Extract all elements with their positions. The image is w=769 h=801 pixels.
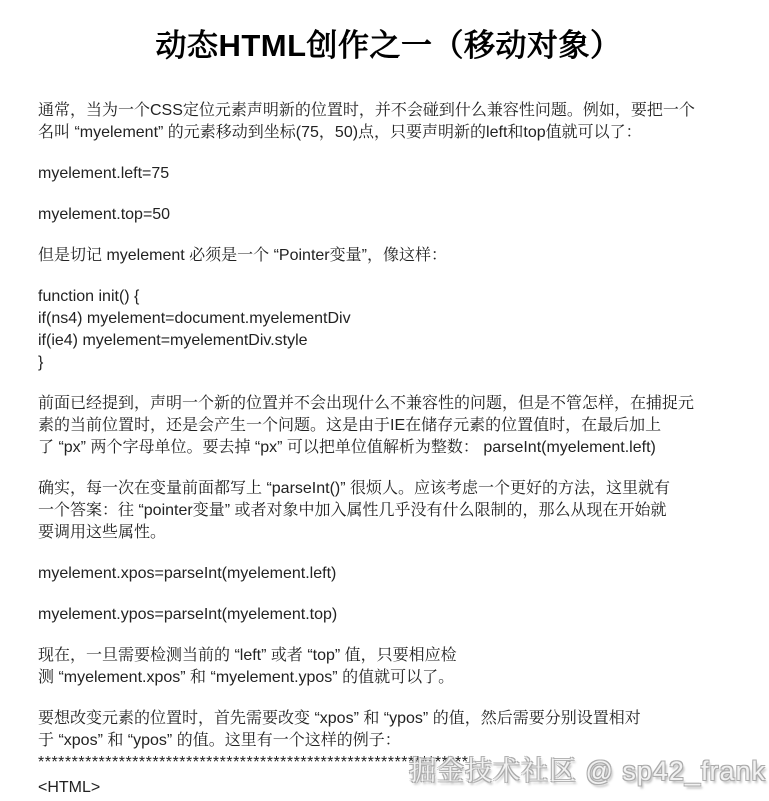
- px-issue-paragraph: 前面已经提到，声明一个新的位置并不会出现什么不兼容性的问题，但是不管怎样，在捕捉…: [38, 393, 739, 459]
- pointer-note-paragraph: 但是切记 myelement 必须是一个 “Pointer变量”，像这样：: [38, 245, 739, 267]
- code-line: }: [38, 352, 739, 374]
- text-line: 素的当前位置时，还是会产生一个问题。这是由于IE在储存元素的位置值时，在最后加上: [38, 415, 739, 437]
- article-page: 动态HTML创作之一（移动对象） 通常，当为一个CSS定位元素声明新的位置时，并…: [0, 0, 769, 801]
- article-body: 动态HTML创作之一（移动对象） 通常，当为一个CSS定位元素声明新的位置时，并…: [0, 24, 769, 799]
- code-myelement-top: myelement.top=50: [38, 204, 739, 226]
- init-function-code-block: function init() { if(ns4) myelement=docu…: [38, 286, 739, 374]
- text-line: 测 “myelement.xpos” 和 “myelement.ypos” 的值…: [38, 667, 739, 689]
- text-line: 了 “px” 两个字母单位。要去掉 “px” 可以把单位值解析为整数： pars…: [38, 437, 739, 459]
- text-line: 要调用这些属性。: [38, 522, 739, 544]
- code-line: <HTML>: [38, 777, 739, 799]
- code-line: myelement.ypos=parseInt(myelement.top): [38, 604, 739, 626]
- detect-values-paragraph: 现在，一旦需要检测当前的 “left” 或者 “top” 值，只要相应检 测 “…: [38, 645, 739, 689]
- code-line: if(ns4) myelement=document.myelementDiv: [38, 308, 739, 330]
- text-line: 名叫 “myelement” 的元素移动到坐标(75，50)点，只要声明新的le…: [38, 122, 739, 144]
- parseint-solution-paragraph: 确实，每一次在变量前面都写上 “parseInt()” 很烦人。应该考虑一个更好…: [38, 478, 739, 544]
- text-line: 要想改变元素的位置时，首先需要改变 “xpos” 和 “ypos” 的值，然后需…: [38, 708, 739, 730]
- text-line: 现在，一旦需要检测当前的 “left” 或者 “top” 值，只要相应检: [38, 645, 739, 667]
- text-line: 但是切记 myelement 必须是一个 “Pointer变量”，像这样：: [38, 245, 739, 267]
- code-line: function init() {: [38, 286, 739, 308]
- text-line: 前面已经提到，声明一个新的位置并不会出现什么不兼容性的问题，但是不管怎样，在捕捉…: [38, 393, 739, 415]
- intro-paragraph: 通常，当为一个CSS定位元素声明新的位置时，并不会碰到什么兼容性问题。例如，要把…: [38, 100, 739, 144]
- code-ypos: myelement.ypos=parseInt(myelement.top): [38, 604, 739, 626]
- code-line: myelement.top=50: [38, 204, 739, 226]
- text-line: 通常，当为一个CSS定位元素声明新的位置时，并不会碰到什么兼容性问题。例如，要把…: [38, 100, 739, 122]
- code-myelement-left: myelement.left=75: [38, 163, 739, 185]
- code-line: if(ie4) myelement=myelementDiv.style: [38, 330, 739, 352]
- text-line: 确实，每一次在变量前面都写上 “parseInt()” 很烦人。应该考虑一个更好…: [38, 478, 739, 500]
- code-xpos: myelement.xpos=parseInt(myelement.left): [38, 563, 739, 585]
- text-line: 于 “xpos” 和 “ypos” 的值。这里有一个这样的例子：: [38, 730, 739, 752]
- code-line: myelement.xpos=parseInt(myelement.left): [38, 563, 739, 585]
- page-title: 动态HTML创作之一（移动对象）: [38, 24, 739, 68]
- text-line: 一个答案：往 “pointer变量” 或者对象中加入属性几乎没有什么限制的，那么…: [38, 500, 739, 522]
- change-position-paragraph: 要想改变元素的位置时，首先需要改变 “xpos” 和 “ypos” 的值，然后需…: [38, 708, 739, 752]
- asterisk-separator: ****************************************…: [38, 752, 739, 774]
- code-line: myelement.left=75: [38, 163, 739, 185]
- html-open-tag: <HTML>: [38, 777, 739, 799]
